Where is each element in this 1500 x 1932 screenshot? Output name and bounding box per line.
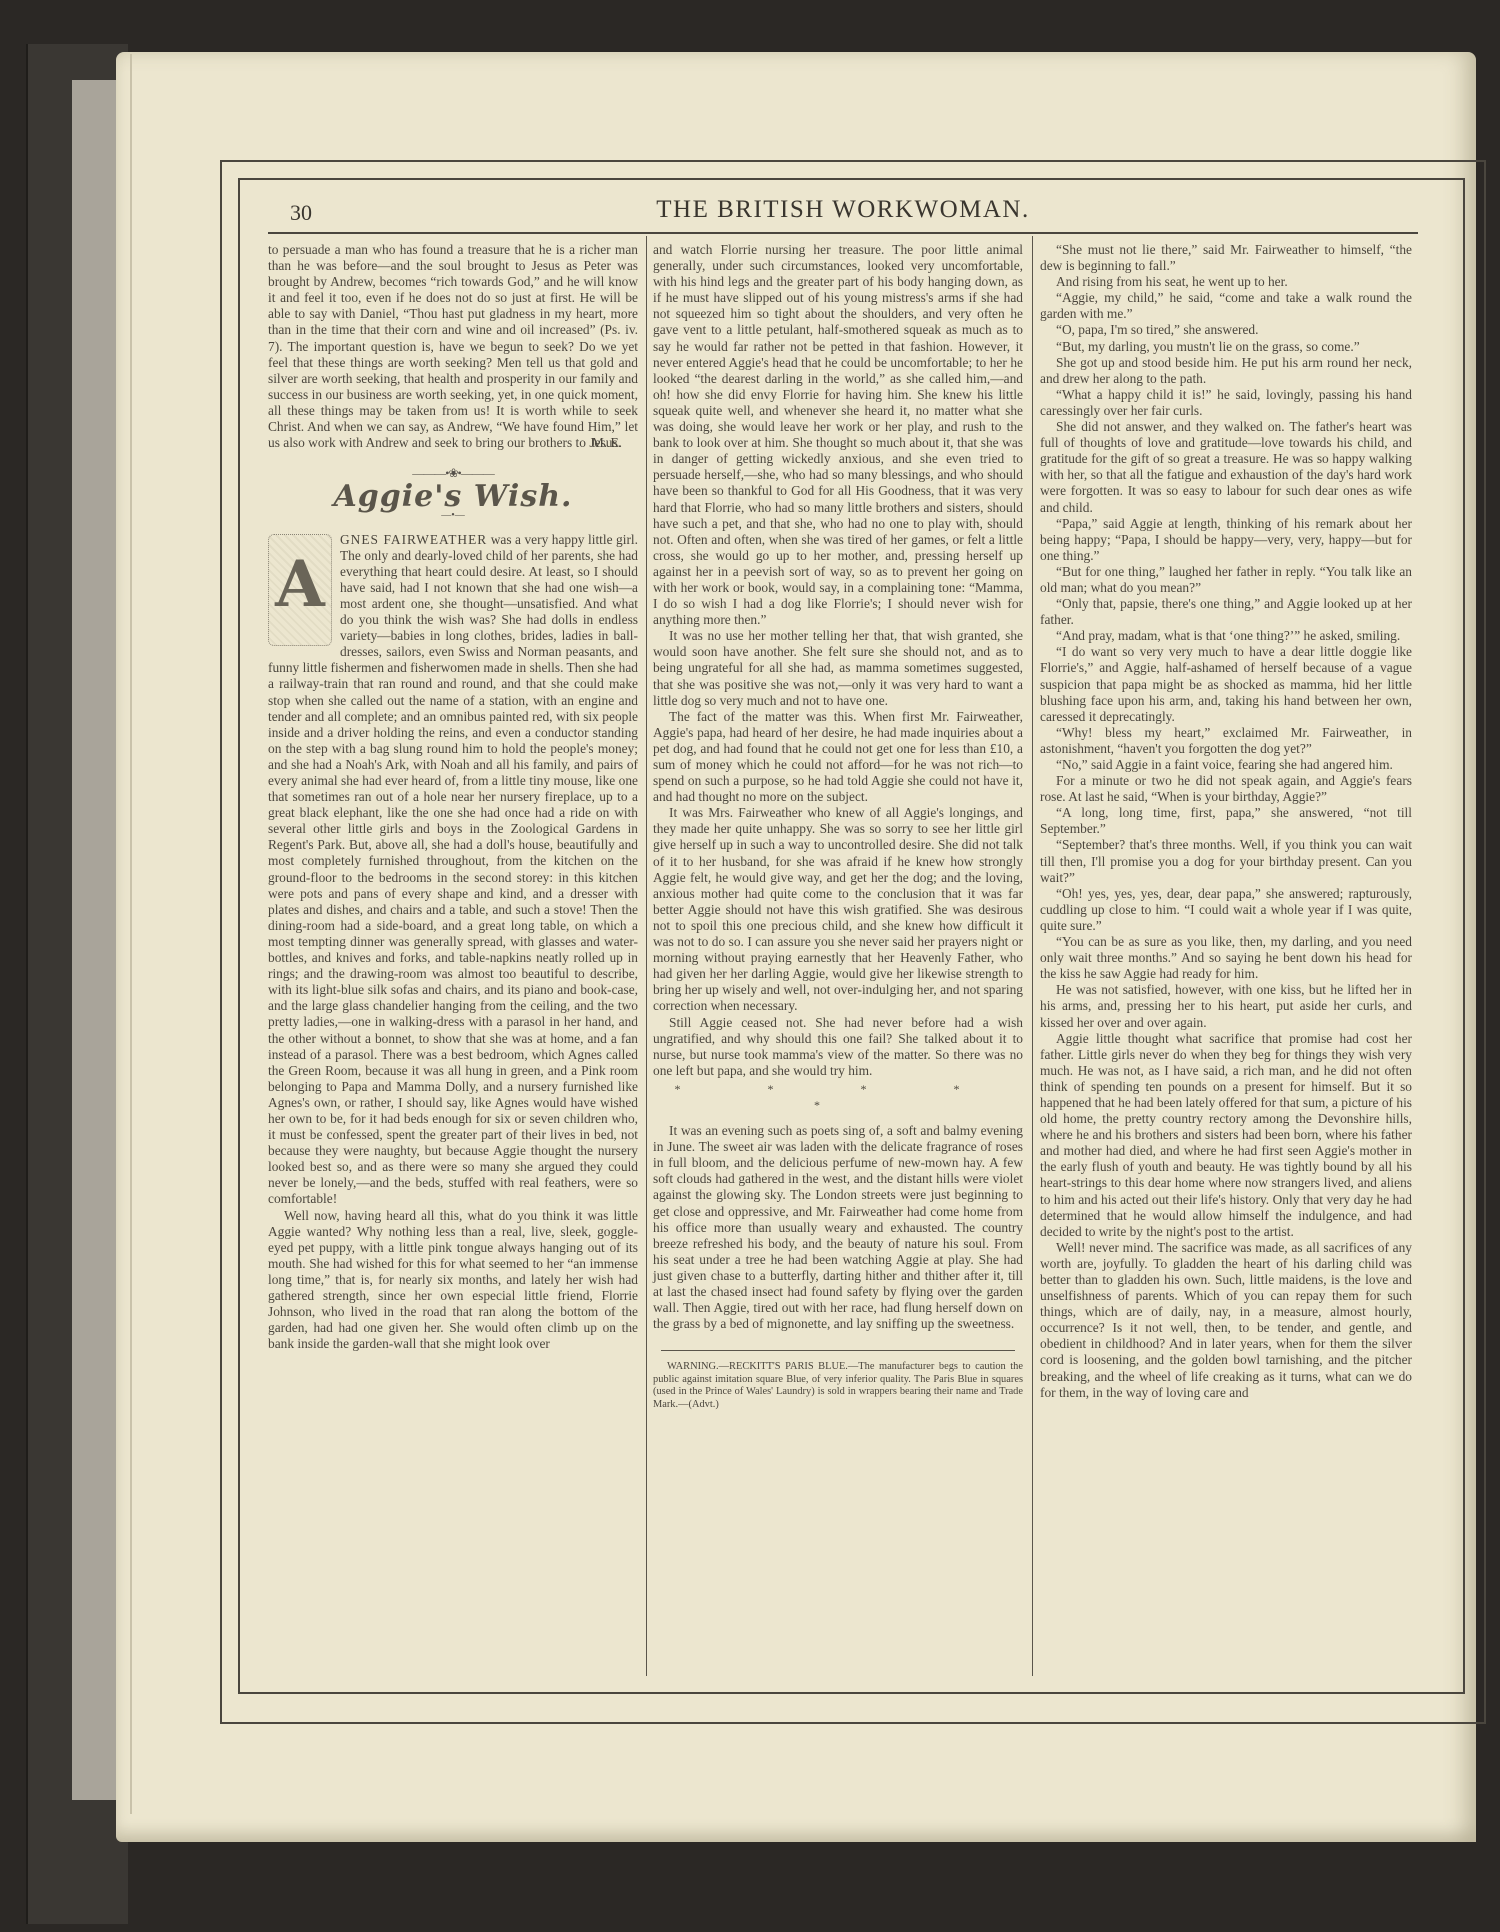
page-gutter-line: [130, 54, 132, 1814]
story-title: Aggie's Wish.: [268, 489, 638, 505]
story-paragraph: It was no use her mother telling her tha…: [653, 628, 1023, 708]
left-column: to persuade a man who has found a treasu…: [268, 242, 638, 1352]
page-header: 30 THE BRITISH WORKWOMAN.: [268, 192, 1418, 234]
story-paragraph: He was not satisfied, however, with one …: [1040, 982, 1412, 1030]
story-paragraph: “Aggie, my child,” he said, “come and ta…: [1040, 290, 1412, 322]
story-paragraph: And rising from his seat, he went up to …: [1040, 274, 1412, 290]
column-divider-left: [646, 236, 647, 1676]
story-paragraph: “And pray, madam, what is that ‘one thin…: [1040, 628, 1412, 644]
story-paragraph: The fact of the matter was this. When fi…: [653, 709, 1023, 806]
story-paragraph: “Only that, papsie, there's one thing,” …: [1040, 596, 1412, 628]
story-paragraph: She got up and stood beside him. He put …: [1040, 355, 1412, 387]
small-separator: —•—: [268, 508, 638, 524]
story-paragraph: Well! never mind. The sacrifice was made…: [1040, 1240, 1412, 1401]
story-paragraph: It was an evening such as poets sing of,…: [653, 1123, 1023, 1332]
ornamental-drop-cap: A: [268, 534, 332, 646]
advertisement-notice: WARNING.—RECKITT'S PARIS BLUE.—The manuf…: [653, 1361, 1023, 1411]
story-paragraph: “A long, long time, first, papa,” she an…: [1040, 805, 1412, 837]
story-paragraph: “Why! bless my heart,” exclaimed Mr. Fai…: [1040, 725, 1412, 757]
story-paragraph: “What a happy child it is!” he said, lov…: [1040, 387, 1412, 419]
column-divider-right: [1032, 236, 1033, 1676]
story-paragraph: “But for one thing,” laughed her father …: [1040, 564, 1412, 596]
intro-paragraph: to persuade a man who has found a treasu…: [268, 242, 638, 451]
right-column: “She must not lie there,” said Mr. Fairw…: [1040, 242, 1412, 1401]
story-paragraph: “No,” said Aggie in a faint voice, feari…: [1040, 757, 1412, 773]
story-paragraph: It was Mrs. Fairweather who knew of all …: [653, 805, 1023, 1014]
story-opening: A GNES FAIRWEATHER was a very happy litt…: [268, 532, 638, 1208]
story-paragraph: “But, my darling, you mustn't lie on the…: [1040, 339, 1412, 355]
story-paragraph: and watch Florrie nursing her treasure. …: [653, 242, 1023, 628]
middle-column: and watch Florrie nursing her treasure. …: [653, 242, 1023, 1412]
story-paragraph: For a minute or two he did not speak aga…: [1040, 773, 1412, 805]
story-paragraph: “You can be as sure as you like, then, m…: [1040, 934, 1412, 982]
publication-title: THE BRITISH WORKWOMAN.: [268, 196, 1418, 224]
story-paragraph: “September? that's three months. Well, i…: [1040, 837, 1412, 885]
story-paragraph: Aggie little thought what sacrifice that…: [1040, 1031, 1412, 1240]
story-paragraph: “She must not lie there,” said Mr. Fairw…: [1040, 242, 1412, 274]
advertisement-rule: [661, 1350, 1015, 1351]
story-paragraph: Well now, having heard all this, what do…: [268, 1208, 638, 1353]
story-paragraph: “Oh! yes, yes, yes, dear, dear papa,” sh…: [1040, 886, 1412, 934]
story-paragraph: Still Aggie ceased not. She had never be…: [653, 1015, 1023, 1079]
story-paragraph: She did not answer, and they walked on. …: [1040, 419, 1412, 516]
story-paragraph: “Papa,” said Aggie at length, thinking o…: [1040, 516, 1412, 564]
story-paragraph: “O, papa, I'm so tired,” she answered.: [1040, 322, 1412, 338]
opening-caps: GNES FAIRWEATHER: [340, 532, 487, 547]
section-break-asterisks: * * * * *: [653, 1081, 1023, 1113]
story-paragraph: “I do want so very very much to have a d…: [1040, 644, 1412, 724]
